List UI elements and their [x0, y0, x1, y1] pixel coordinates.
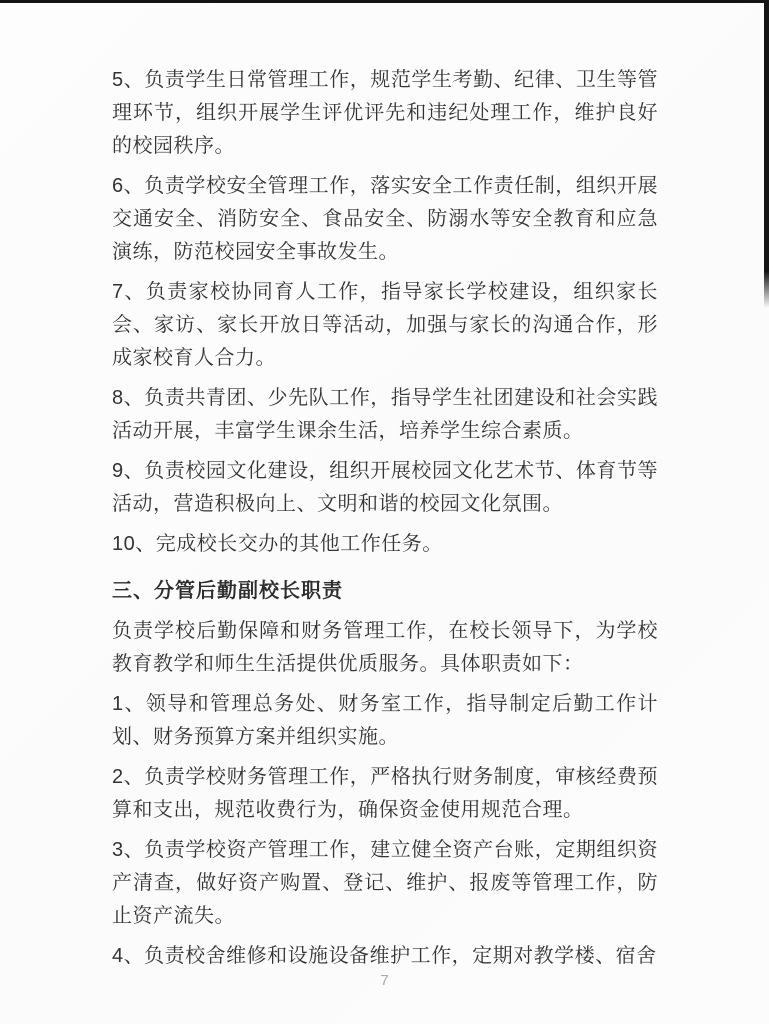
- page-number: 7: [0, 972, 769, 990]
- section-3-intro: 负责学校后勤保障和财务管理工作，在校长领导下，为学校教育教学和师生生活提供优质服…: [112, 615, 658, 681]
- right-border: [764, 0, 769, 308]
- paragraph-item-5: 5、负责学生日常管理工作，规范学生考勤、纪律、卫生等管理环节，组织开展学生评优评…: [112, 64, 658, 163]
- section-3-item-2: 2、负责学校财务管理工作，严格执行财务制度，审核经费预算和支出，规范收费行为，确…: [112, 761, 658, 827]
- paragraph-item-10: 10、完成校长交办的其他工作任务。: [112, 528, 658, 561]
- document-content: 5、负责学生日常管理工作，规范学生考勤、纪律、卫生等管理环节，组织开展学生评优评…: [112, 64, 658, 980]
- section-3-item-4: 4、负责校舍维修和设施设备维护工作，定期对教学楼、宿舍: [112, 940, 658, 973]
- paragraph-item-7: 7、负责家校协同育人工作，指导家长学校建设，组织家长会、家访、家长开放日等活动，…: [112, 276, 658, 375]
- section-3-heading: 三、分管后勤副校长职责: [112, 575, 658, 608]
- paragraph-item-9: 9、负责校园文化建设，组织开展校园文化艺术节、体育节等活动，营造积极向上、文明和…: [112, 455, 658, 521]
- section-3-item-3: 3、负责学校资产管理工作，建立健全资产台账，定期组织资产清查，做好资产购置、登记…: [112, 834, 658, 933]
- section-3-item-1: 1、领导和管理总务处、财务室工作，指导制定后勤工作计划、财务预算方案并组织实施。: [112, 688, 658, 754]
- paragraph-item-8: 8、负责共青团、少先队工作，指导学生社团建设和社会实践活动开展，丰富学生课余生活…: [112, 382, 658, 448]
- top-border: [0, 0, 769, 3]
- document-page: 5、负责学生日常管理工作，规范学生考勤、纪律、卫生等管理环节，组织开展学生评优评…: [0, 0, 769, 1024]
- paragraph-item-6: 6、负责学校安全管理工作，落实安全工作责任制，组织开展交通安全、消防安全、食品安…: [112, 170, 658, 269]
